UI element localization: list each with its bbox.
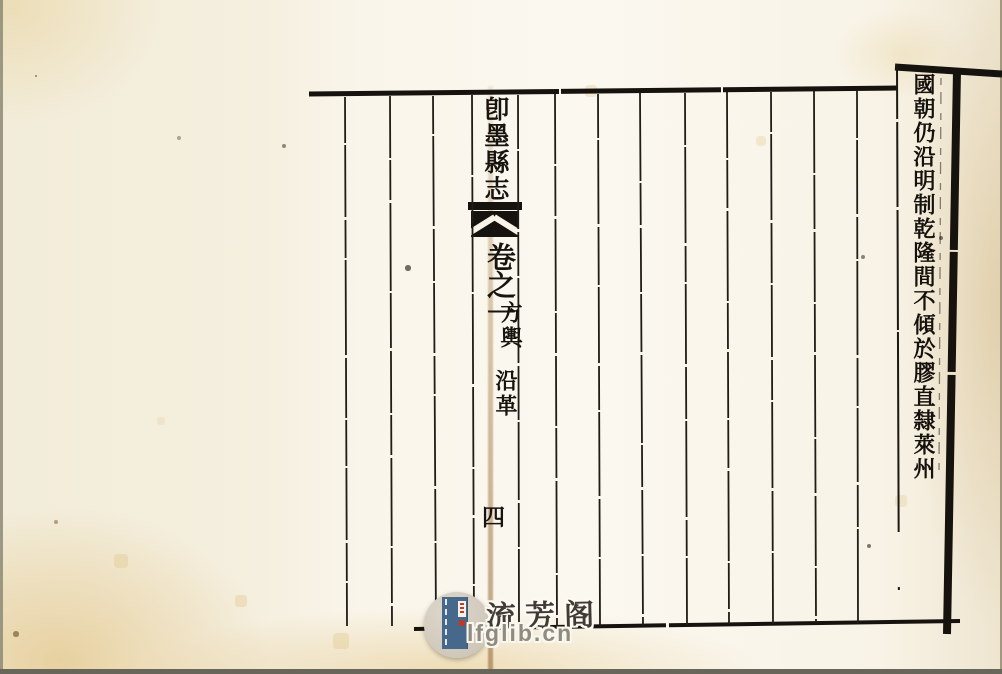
column-rule	[727, 92, 729, 624]
watermark-site-url: lfglib.cn	[467, 620, 573, 647]
column-rule	[857, 90, 858, 623]
book-title-label-icon	[458, 601, 466, 617]
spine-section-label: 方輿	[497, 301, 521, 351]
column-rule	[345, 97, 347, 626]
margin-note-text: 國朝仍沿明制乾隆間不傾於膠直隸萊州	[910, 73, 934, 481]
column-rule	[555, 94, 557, 626]
column-rule	[472, 95, 474, 627]
spine-subsection-label: 沿革	[492, 369, 516, 419]
book-seal-icon	[459, 620, 465, 626]
frame-right-border	[947, 70, 957, 634]
frame-top-border	[309, 88, 897, 94]
column-rule	[685, 93, 687, 625]
column-rule	[771, 92, 773, 624]
column-rule	[640, 93, 643, 625]
margin-box-inner-dotted-rule	[939, 78, 941, 472]
column-rule	[390, 96, 392, 626]
column-rule	[433, 96, 436, 627]
watermark-book-icon	[442, 597, 468, 649]
column-rule	[518, 95, 519, 627]
spine-page-number: 四	[478, 505, 503, 528]
column-rule	[598, 94, 600, 626]
spine-book-title: 卽墨縣志	[480, 96, 507, 202]
book-stitch-line-icon	[445, 599, 447, 645]
column-rule	[814, 91, 816, 623]
scanned-book-page: 卽墨縣志 卷之一 方輿 沿革 四 國朝仍沿明制乾隆間不傾於膠直隸萊州 流芳阁 l…	[0, 0, 1002, 674]
margin-box-left-rule	[897, 64, 899, 630]
